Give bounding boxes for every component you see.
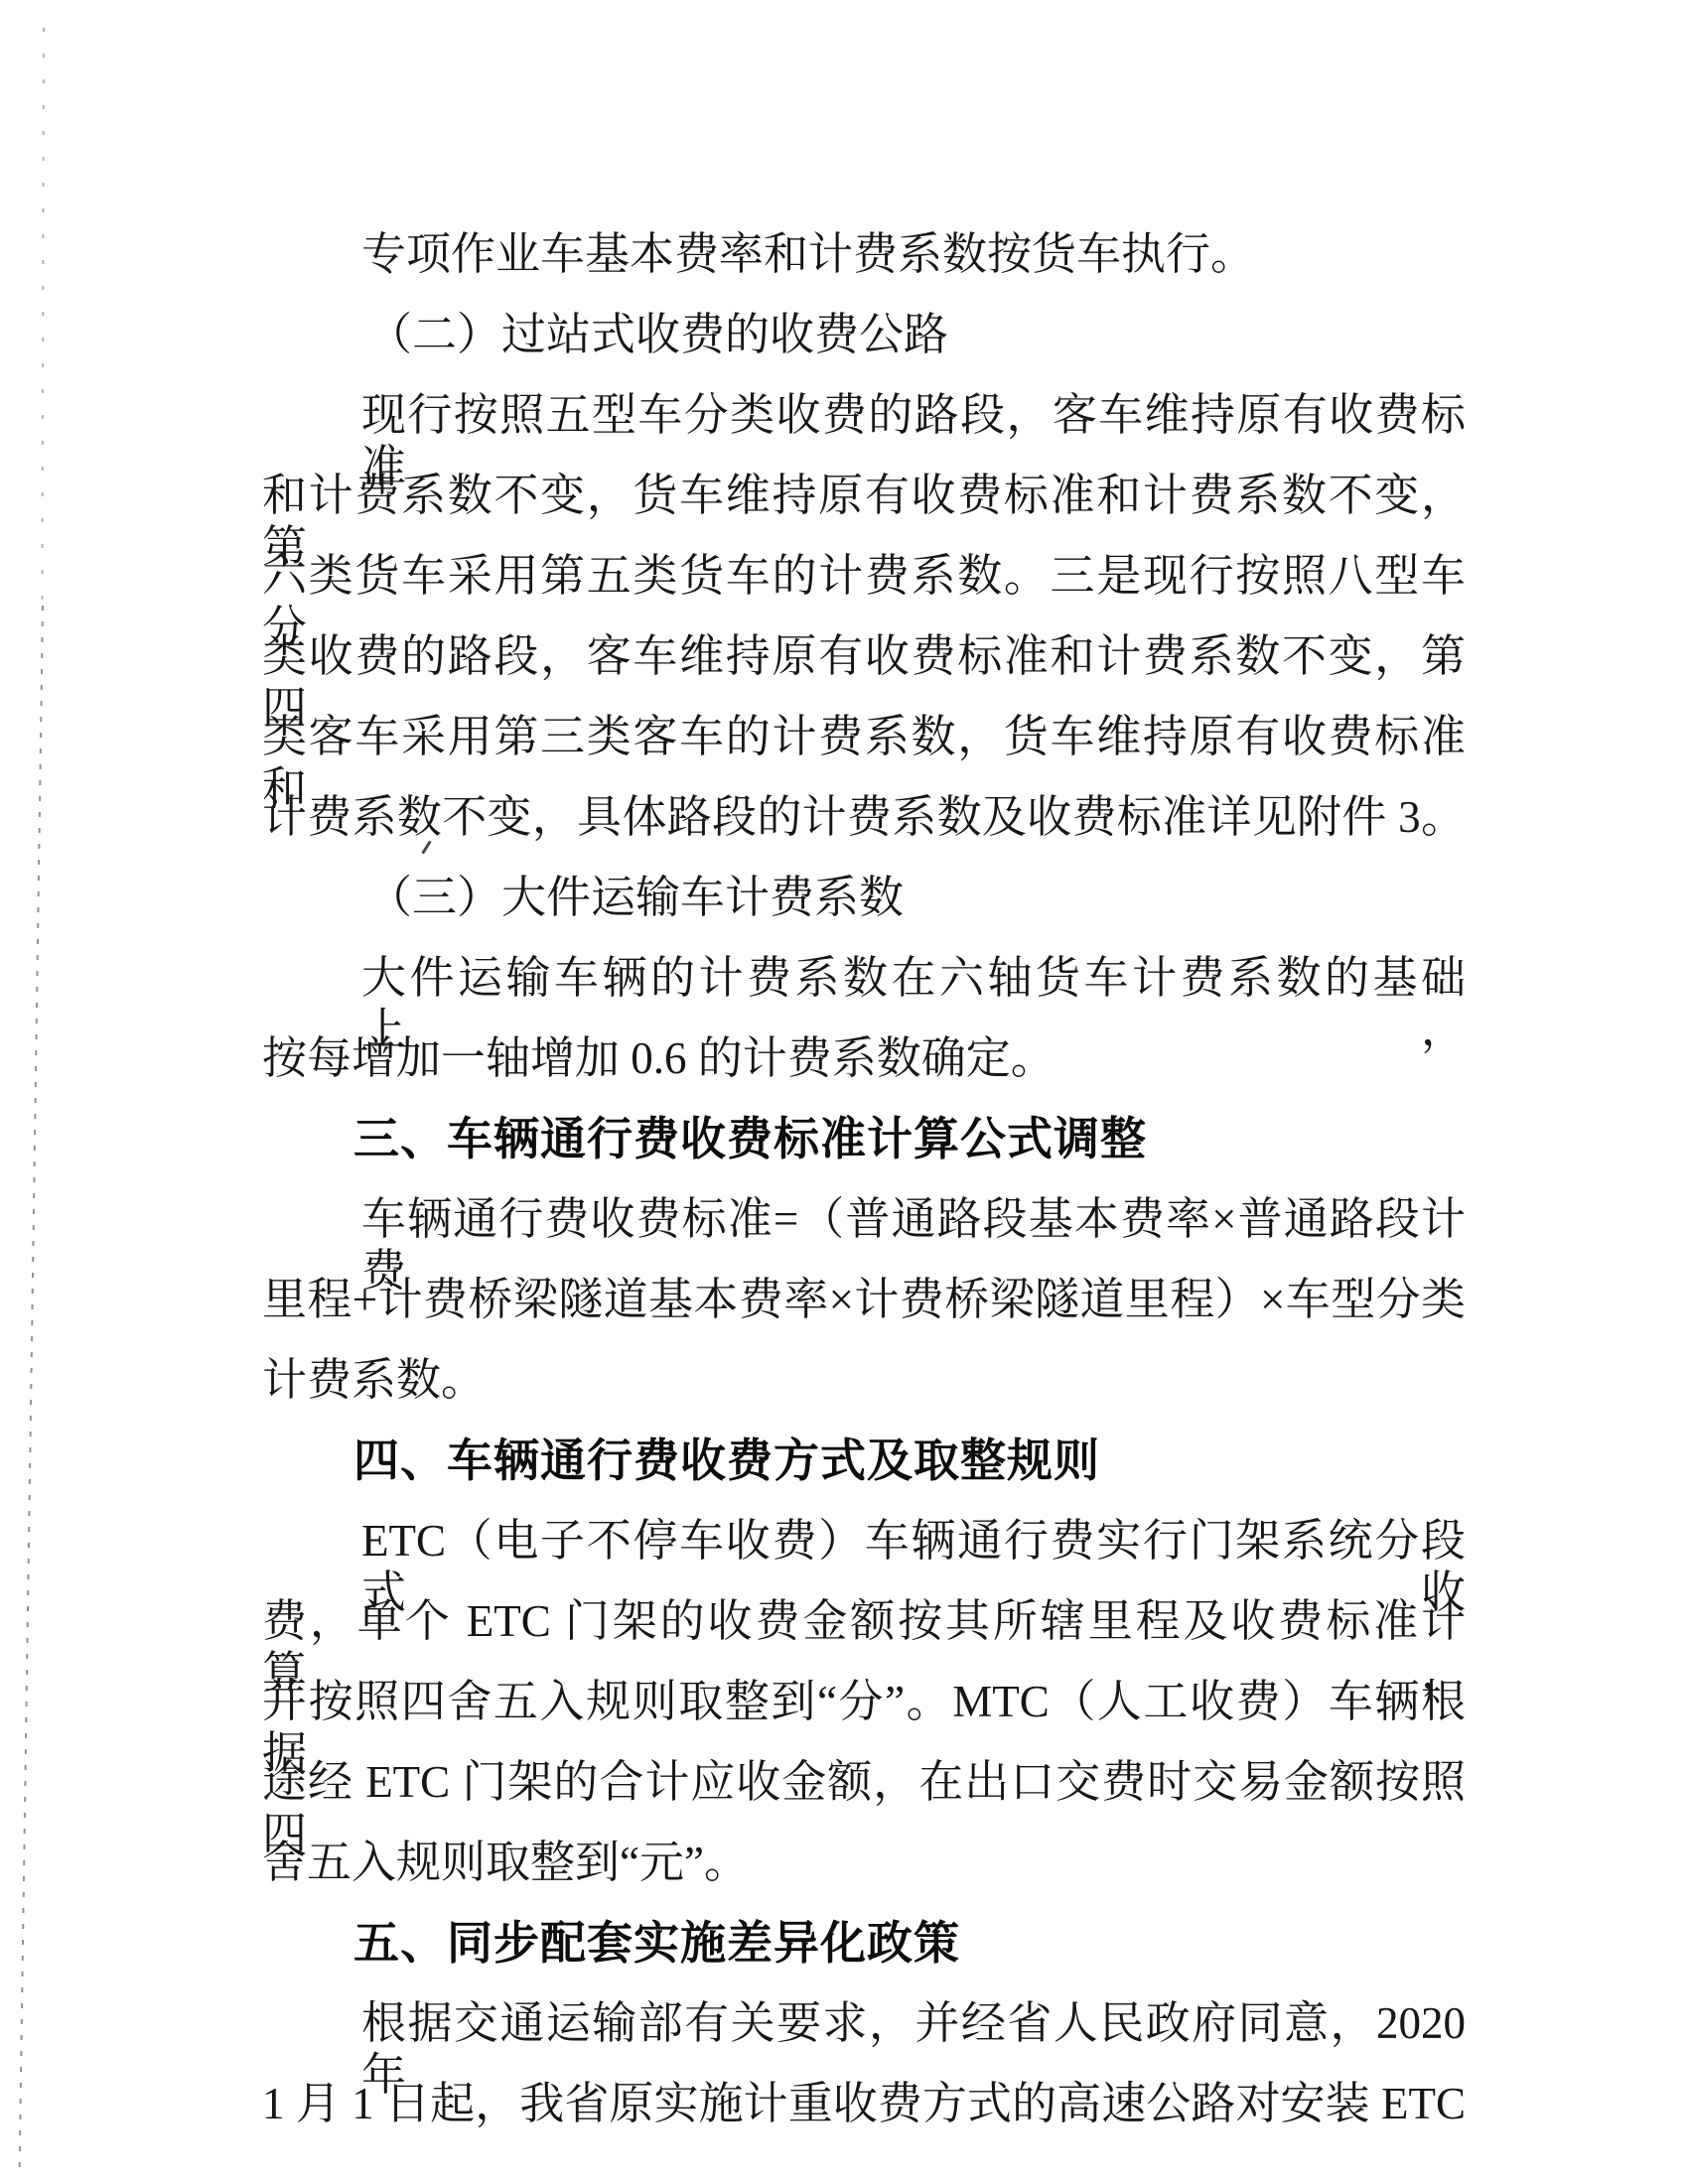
scan-artifact-dotted-line-bottom [19, 606, 44, 2174]
section-heading: 三、车辆通行费收费标准计算公式调整 [353, 1113, 1147, 1164]
sub-section-label: （二）过站式收费的收费公路 [367, 309, 948, 360]
document-page: 专项作业车基本费率和计费系数按货车执行。（二）过站式收费的收费公路现行按照五型车… [0, 0, 1688, 2184]
text-line: 计费系数。 [262, 1354, 486, 1406]
scan-artifact-dotted-line-top [41, 28, 45, 604]
section-heading: 五、同步配套实施差异化政策 [353, 1917, 960, 1969]
text-line: 专项作业车基本费率和计费系数按货车执行。 [361, 228, 1255, 280]
text-line: 计费系数不变，具体路段的计费系数及收费标准详见附件 3。 [262, 791, 1466, 843]
text-line: 舍五入规则取整到“元”。 [262, 1837, 749, 1888]
sub-section-label: （三）大件运输车计费系数 [367, 872, 904, 923]
text-line: 里程+计费桥梁隧道基本费率×计费桥梁隧道里程）×车型分类 [262, 1274, 1466, 1325]
section-heading: 四、车辆通行费收费方式及取整规则 [353, 1434, 1100, 1486]
text-line: 按每增加一轴增加 0.6 的计费系数确定。 [262, 1032, 1055, 1084]
text-line: 1 月 1 日起，我省原实施计重收费方式的高速公路对安装 ETC [262, 2078, 1466, 2129]
